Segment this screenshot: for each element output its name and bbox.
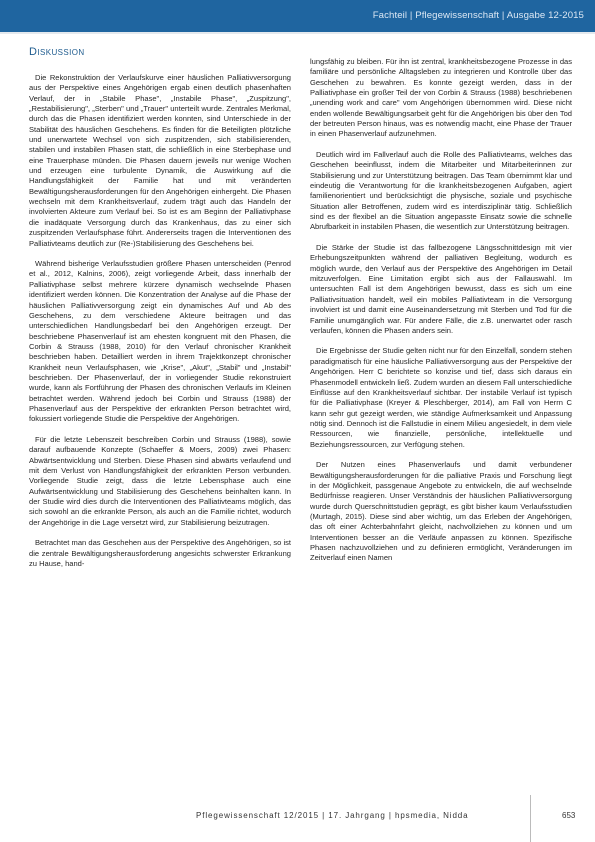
header-divider bbox=[0, 32, 595, 34]
section-heading: Diskussion bbox=[29, 46, 85, 58]
page-number: 653 bbox=[562, 811, 575, 820]
paragraph: Für die letzte Lebenszeit beschreiben Co… bbox=[29, 435, 291, 528]
left-column: Die Rekonstruktion der Verlaufskurve ein… bbox=[29, 73, 291, 580]
paragraph-continued: lungsfähig zu bleiben. Für ihn ist zentr… bbox=[310, 57, 572, 140]
paragraph: Deutlich wird im Fallverlauf auch die Ro… bbox=[310, 150, 572, 233]
footer-citation: Pflegewissenschaft 12/2015 | 17. Jahrgan… bbox=[196, 811, 469, 820]
paragraph: Der Nutzen eines Phasenverlaufs und dami… bbox=[310, 460, 572, 563]
footer-divider bbox=[530, 795, 531, 842]
paragraph: Die Stärke der Studie ist das fallbezoge… bbox=[310, 243, 572, 336]
paragraph: Betrachtet man das Geschehen aus der Per… bbox=[29, 538, 291, 569]
paragraph: Die Rekonstruktion der Verlaufskurve ein… bbox=[29, 73, 291, 249]
paragraph: Die Ergebnisse der Studie gelten nicht n… bbox=[310, 346, 572, 449]
paragraph: Während bisherige Verlaufsstudien größer… bbox=[29, 259, 291, 425]
right-column: lungsfähig zu bleiben. Für ihn ist zentr… bbox=[310, 57, 572, 574]
running-header: Fachteil | Pflegewissenschaft | Ausgabe … bbox=[373, 10, 584, 21]
